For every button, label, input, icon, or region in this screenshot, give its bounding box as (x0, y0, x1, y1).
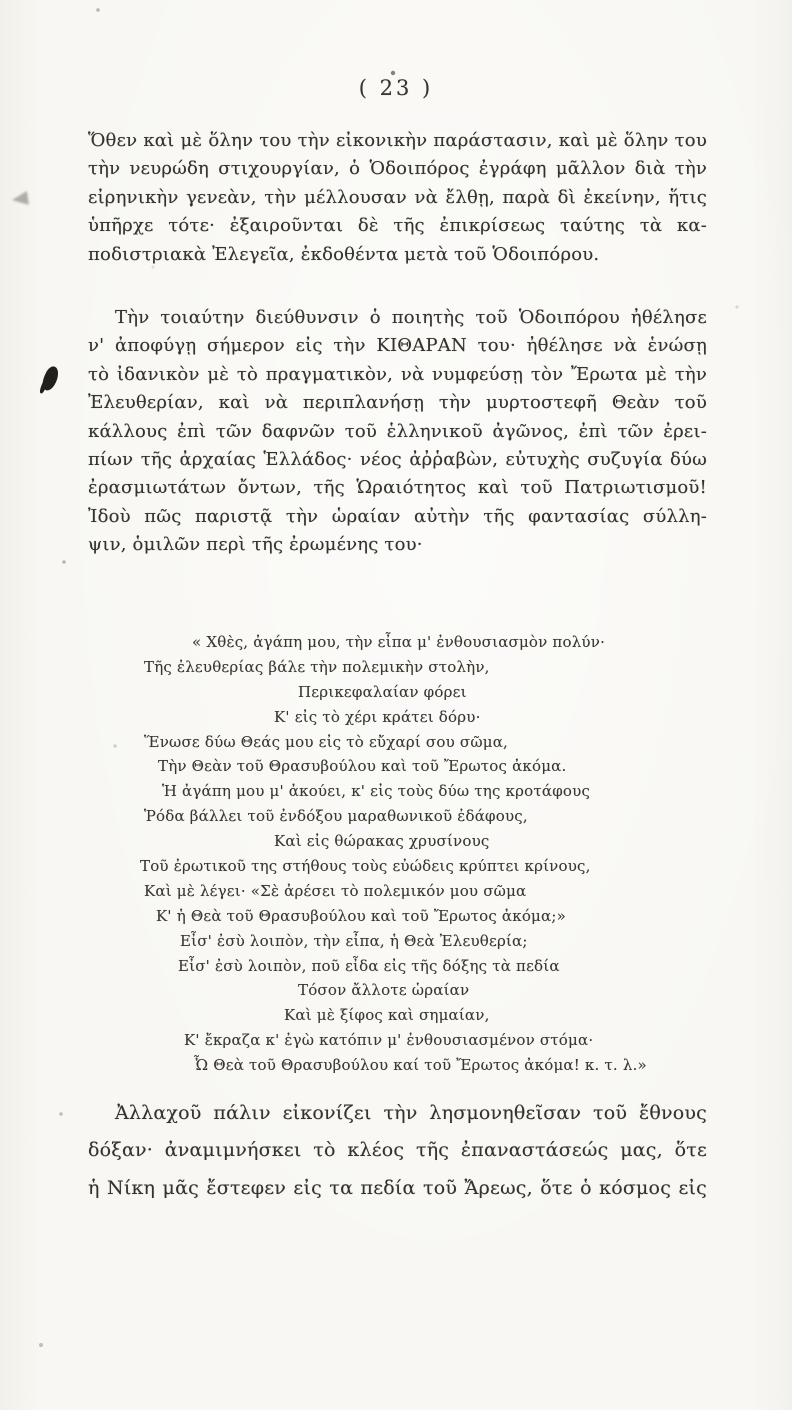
poem-line: Τοῦ ἐρωτικοῦ της στήθους τοὺς εὐώδεις κρ… (140, 854, 707, 879)
poem-line: Ἕνωσε δύω Θεάς μου εἰς τὸ εὔχαρί σου σῶμ… (144, 730, 707, 755)
poem-line: Τῆς ἐλευθερίας βάλε τὴν πολεμικὴν στολὴν… (144, 655, 707, 680)
text-line: ν' ἀποφύγῃ σήμερον εἰς τὴν ΚΙΘΑΡΑΝ του· … (88, 332, 707, 360)
text-line: Ἀλλαχοῦ πάλιν εἰκονίζει τὴν λησμονηθεῖσα… (88, 1095, 707, 1132)
poem-line: Ῥόδα βάλλει τοῦ ἐνδόξου μαραθωνικοῦ ἐδάφ… (144, 804, 707, 829)
poem-line: Καὶ μὲ λέγει· «Σὲ ἀρέσει τὸ πολεμικόν μο… (144, 879, 707, 904)
text-line: ψιν, ὁμιλῶν περὶ τῆς ἐρωμένης του· (88, 531, 707, 559)
text-line: πίων τῆς ἀρχαίας Ἑλλάδος· νέος ἀῤῥαβὼν, … (88, 446, 707, 474)
page-number: ( 23 ) (0, 76, 792, 100)
text-line: ὑπῆρχε τότε· ἐξαιροῦνται δὲ τῆς ἐπικρίσε… (88, 212, 707, 240)
poem-line: Κ' εἰς τὸ χέρι κράτει δόρυ· (274, 705, 707, 730)
text-line: Ὅθεν καὶ μὲ ὅλην του τὴν εἰκονικὴν παράσ… (88, 127, 707, 155)
text-line: ἐρασμιωτάτων ὄντων, τῆς Ὡραιότητος καὶ τ… (88, 474, 707, 502)
poem-line: Τὴν Θεὰν τοῦ Θρασυβούλου καὶ τοῦ Ἔρωτος … (158, 754, 707, 779)
poem-line: Εἶσ' ἐσὺ λοιπὸν, τὴν εἶπα, ἡ Θεὰ Ἐλευθερ… (180, 929, 707, 954)
text-line: δόξαν· ἀναμιμνήσκει τὸ κλέος τῆς ἐπαναστ… (88, 1132, 707, 1169)
poem-line: Ἡ ἀγάπη μου μ' ἀκούει, κ' εἰς τοὺς δύω τ… (162, 779, 707, 804)
text-line: ἡ Νίκη μᾶς ἔστεφεν εἰς τα πεδία τοῦ Ἄρεω… (88, 1170, 707, 1207)
text-line: Ἐλευθερίαν, καὶ νὰ περιπλανήσῃ τὴν μυρτο… (88, 389, 707, 417)
text-line: Ἰδοὺ πῶς παριστᾷ τὴν ὡραίαν αὐτὴν τῆς φα… (88, 503, 707, 531)
poem-line: Ὦ Θεὰ τοῦ Θρασυβούλου καί τοῦ Ἔρωτος ἀκό… (194, 1053, 707, 1078)
text-line: ποδιστριακὰ Ἐλεγεῖα, ἐκδοθέντα μετὰ τοῦ … (88, 241, 707, 269)
poem-quotation: « Χθὲς, ἀγάπη μου, τὴν εἶπα μ' ἐνθουσιασ… (88, 630, 707, 1078)
paragraph-3: Ἀλλαχοῦ πάλιν εἰκονίζει τὴν λησμονηθεῖσα… (88, 1095, 707, 1207)
text-line: τὸ ἰδανικὸν μὲ τὸ πραγματικὸν, νὰ νυμφεύ… (88, 361, 707, 389)
text-line: κάλλους ἐπὶ τῶν δαφνῶν τοῦ ἑλληνικοῦ ἀγῶ… (88, 418, 707, 446)
poem-line: Κ' ἔκραζα κ' ἐγὼ κατόπιν μ' ἐνθουσιασμέν… (184, 1028, 707, 1053)
poem-line: Κ' ἡ Θεὰ τοῦ Θρασυβούλου καὶ τοῦ Ἔρωτος … (156, 904, 707, 929)
paragraph-2: Τὴν τοιαύτην διεύθυνσιν ὁ ποιητὴς τοῦ Ὁδ… (88, 304, 707, 560)
poem-line: Καὶ εἰς θώρακας χρυσίνους (274, 829, 707, 854)
poem-line: « Χθὲς, ἀγάπη μου, τὴν εἶπα μ' ἐνθουσιασ… (192, 630, 707, 655)
ink-blot-mark (39, 364, 61, 392)
poem-line: Περικεφαλαίαν φόρει (298, 680, 707, 705)
scan-noise-specks (0, 0, 2, 2)
paragraph-1: Ὅθεν καὶ μὲ ὅλην του τὴν εἰκονικὴν παράσ… (88, 127, 707, 269)
text-line: Τὴν τοιαύτην διεύθυνσιν ὁ ποιητὴς τοῦ Ὁδ… (88, 304, 707, 332)
poem-line: Εἶσ' ἐσὺ λοιπὸν, ποῦ εἶδα εἰς τῆς δόξης … (178, 954, 707, 979)
margin-smudge-mark (11, 191, 29, 207)
poem-line: Τόσον ἄλλοτε ὡραίαν (298, 978, 707, 1003)
text-line: τὴν νευρώδη στιχουργίαν, ὁ Ὁδοιπόρος ἐγρ… (88, 155, 707, 183)
text-line: εἰρηνικὴν γενεὰν, τὴν μέλλουσαν νὰ ἔλθῃ,… (88, 184, 707, 212)
poem-line: Καὶ μὲ ξίφος καὶ σημαίαν, (284, 1003, 707, 1028)
scanned-book-page: ( 23 ) Ὅθεν καὶ μὲ ὅλην του τὴν εἰκονικὴ… (0, 0, 792, 1410)
